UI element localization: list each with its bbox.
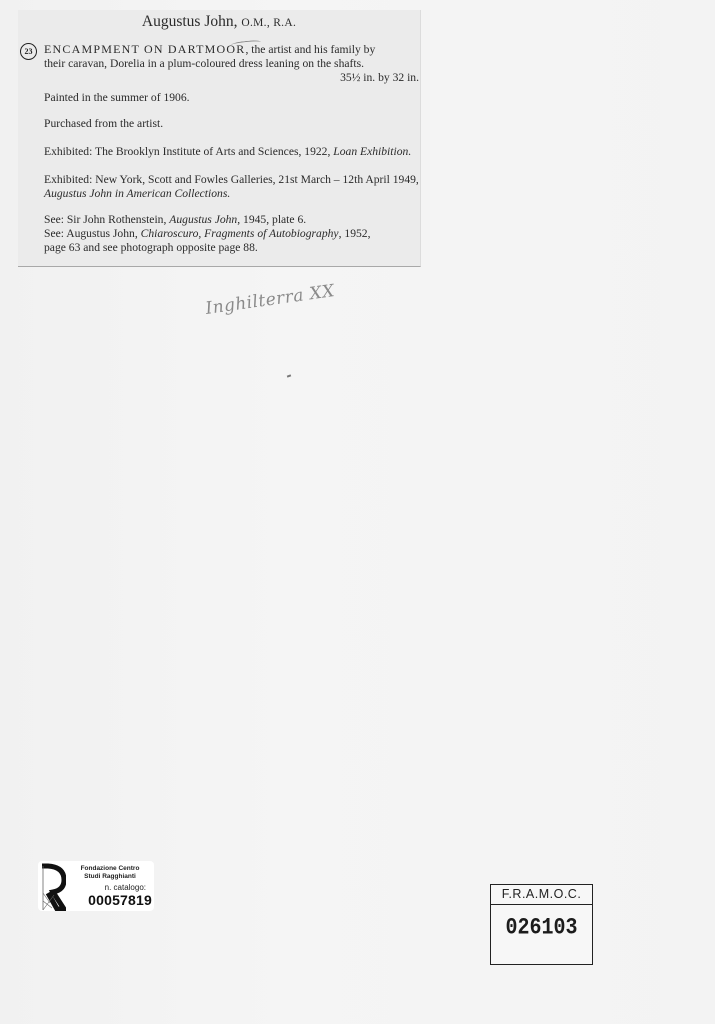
fcsr-catalog-number: 00057819 (74, 892, 152, 908)
fcsr-catalog-label: n. catalogo: (74, 883, 146, 892)
framoc-header: F.R.A.M.O.C. (491, 885, 592, 905)
catalogue-number-circle: 23 (20, 43, 37, 60)
artwork-dimensions: 35½ in. by 32 in. (44, 71, 419, 85)
framoc-number: 026103 (491, 915, 592, 941)
framoc-stamp: F.R.A.M.O.C. 026103 (490, 884, 593, 965)
artist-name: Augustus John, (142, 13, 238, 30)
fcsr-catalogue-label: Fondazione Centro Studi Ragghianti n. ca… (38, 861, 154, 911)
fcsr-organization: Fondazione Centro Studi Ragghianti (74, 865, 146, 881)
fcsr-logo-icon (40, 863, 66, 911)
exhibition-1: Exhibited: The Brooklyn Institute of Art… (44, 145, 422, 159)
artwork-title: ENCAMPMENT ON DARTMOOR (44, 42, 245, 56)
artwork-entry: ENCAMPMENT ON DARTMOOR, the artist and h… (44, 42, 419, 85)
catalogue-slip: Augustus John, O.M., R.A. 23 ENCAMPMENT … (18, 10, 421, 267)
artwork-description-1: , the artist and his family by (245, 43, 375, 56)
provenance: Purchased from the artist. (44, 117, 422, 131)
artist-heading: Augustus John, O.M., R.A. (18, 13, 420, 31)
painted-date: Painted in the summer of 1906. (44, 91, 422, 105)
reference-2: See: Augustus John, Chiaroscuro, Fragmen… (44, 227, 394, 255)
exhibition-2: Exhibited: New York, Scott and Fowles Ga… (44, 173, 422, 201)
artwork-description-2: their caravan, Dorelia in a plum-coloure… (44, 57, 419, 71)
reference-1: See: Sir John Rothenstein, Augustus John… (44, 213, 422, 227)
artist-honours: O.M., R.A. (241, 17, 296, 29)
